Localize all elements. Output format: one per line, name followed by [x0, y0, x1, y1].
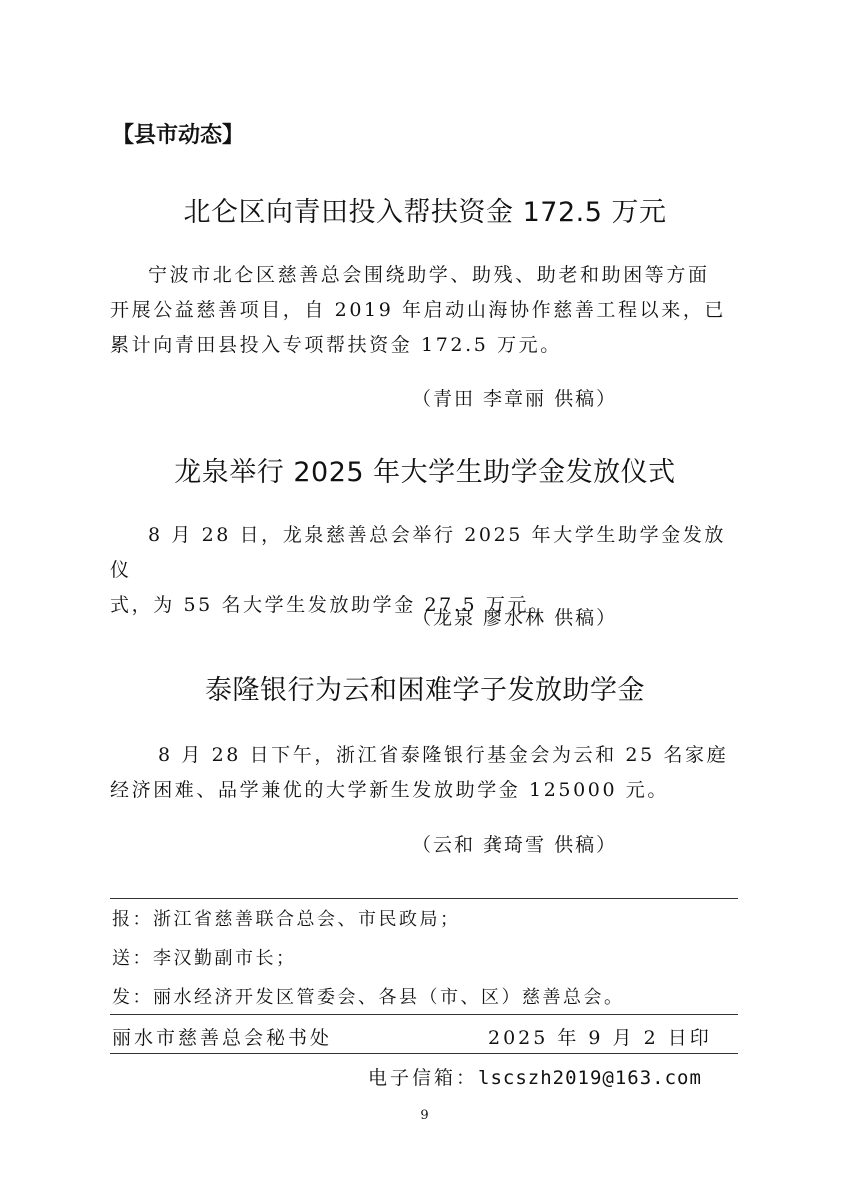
article-credit: （龙泉 廖水林 供稿） — [412, 603, 617, 630]
body-line: 累计向青田县投入专项帮扶资金 172.5 万元。 — [110, 328, 740, 363]
article-credit: （云和 龚琦雪 供稿） — [412, 830, 617, 857]
body-line: 开展公益慈善项目，自 2019 年启动山海协作慈善工程以来，已 — [110, 293, 740, 328]
print-date: 2025 年 9 月 2 日印 — [488, 1023, 712, 1050]
article-body: 宁波市北仑区慈善总会围绕助学、助残、助老和助困等方面 开展公益慈善项目，自 20… — [110, 258, 740, 363]
distribution-issue: 发：丽水经济开发区管委会、各县（市、区）慈善总会。 — [112, 983, 625, 1009]
page-number: 9 — [0, 1108, 849, 1123]
section-tag: 【县市动态】 — [112, 118, 244, 149]
article-title: 北仑区向青田投入帮扶资金 172.5 万元 — [110, 190, 740, 229]
body-line: 8 月 28 日下午，浙江省泰隆银行基金会为云和 25 名家庭 — [110, 738, 740, 773]
body-line: 8 月 28 日，龙泉慈善总会举行 2025 年大学生助学金发放仪 — [110, 518, 740, 588]
article-credit: （青田 李章丽 供稿） — [412, 384, 617, 411]
email-line: 电子信箱：lscszh2019@163.com — [368, 1063, 702, 1090]
distribution-report: 报：浙江省慈善联合总会、市民政局； — [112, 905, 461, 931]
divider-line — [110, 1053, 738, 1054]
body-line: 宁波市北仑区慈善总会围绕助学、助残、助老和助困等方面 — [110, 258, 740, 293]
divider-line — [110, 898, 738, 899]
email-address[interactable]: lscszh2019@163.com — [478, 1067, 702, 1089]
body-line: 经济困难、品学兼优的大学新生发放助学金 125000 元。 — [110, 773, 740, 808]
distribution-send: 送：李汉勤副市长； — [112, 944, 297, 970]
article-body: 8 月 28 日下午，浙江省泰隆银行基金会为云和 25 名家庭 经济困难、品学兼… — [110, 738, 740, 808]
divider-line — [110, 1014, 738, 1015]
article-title: 龙泉举行 2025 年大学生助学金发放仪式 — [110, 450, 740, 489]
email-label: 电子信箱： — [368, 1067, 478, 1089]
issuer: 丽水市慈善总会秘书处 — [112, 1023, 332, 1050]
article-title: 泰隆银行为云和困难学子发放助学金 — [110, 668, 740, 707]
